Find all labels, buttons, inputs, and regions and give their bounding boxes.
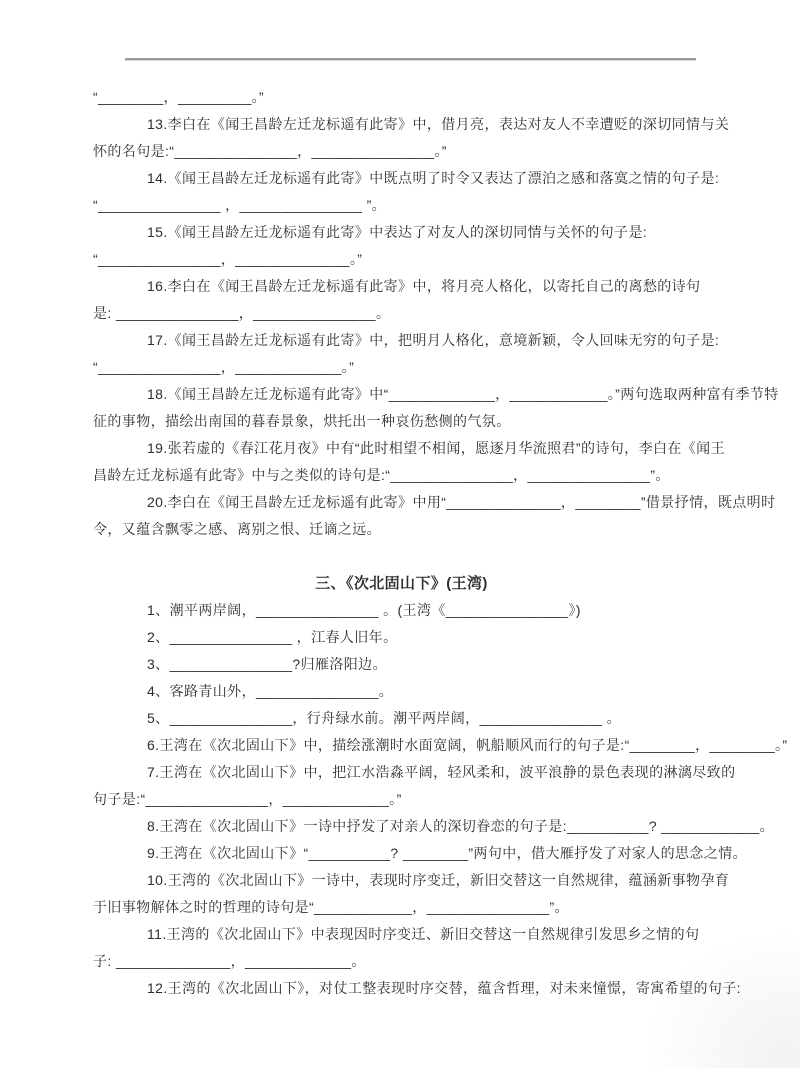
answer-blanks-continued: “________，_________。” bbox=[93, 84, 710, 111]
question-13-line1: 13.李白在《闻王昌龄左迁龙标遥有此寄》中，借月亮，表达对友人不幸遭贬的深切同情… bbox=[93, 111, 710, 138]
question-11-line1: 11.王湾的《次北固山下》中表现因时序变迁、新旧交替这一自然规律引发思乡之情的句 bbox=[93, 921, 710, 948]
item-4: 4、客路青山外，_______________。 bbox=[93, 678, 710, 705]
section-3-title: 三、《次北固山下》(王湾) bbox=[93, 570, 710, 597]
question-8: 8.王湾在《次北固山下》一诗中抒发了对亲人的深切眷恋的句子是:_________… bbox=[93, 813, 710, 840]
question-7-line2: 句子是:“_______________，_____________。” bbox=[93, 786, 710, 813]
item-5: 5、_______________，行舟绿水前。潮平两岸阔，__________… bbox=[93, 705, 710, 732]
question-11-line2: 子: ______________，_____________。 bbox=[93, 948, 710, 975]
question-19-line1: 19.张若虚的《春江花月夜》中有“此时相望不相闻，愿逐月华流照君”的诗句，李白在… bbox=[93, 435, 710, 462]
question-18-line1: 18.《闻王昌龄左迁龙标遥有此寄》中“_____________，_______… bbox=[93, 381, 710, 408]
question-15-line1: 15.《闻王昌龄左迁龙标遥有此寄》中表达了对友人的深切同情与关怀的句子是: bbox=[93, 219, 710, 246]
question-17-line1: 17.《闻王昌龄左迁龙标遥有此寄》中，把明月人格化，意境新颖，令人回味无穷的句子… bbox=[93, 327, 710, 354]
item-2: 2、_______________ ，江春人旧年。 bbox=[93, 624, 710, 651]
question-7-line1: 7.王湾在《次北固山下》中，把江水浩淼平阔，轻风柔和，波平浪静的景色表现的淋漓尽… bbox=[93, 759, 710, 786]
question-17-line2: “_______________，_____________。” bbox=[93, 354, 710, 381]
question-10-line2: 于旧事物解体之时的哲理的诗句是“____________，___________… bbox=[93, 894, 710, 921]
question-19-line2: 昌龄左迁龙标遥有此寄》中与之类似的诗句是:“_______________，__… bbox=[93, 462, 710, 489]
question-20-line1: 20.李白在《闻王昌龄左迁龙标遥有此寄》中用“______________，__… bbox=[93, 489, 710, 516]
question-16-line2: 是: _______________，_______________。 bbox=[93, 300, 710, 327]
question-14-line1: 14.《闻王昌龄左迁龙标遥有此寄》中既点明了时令又表达了漂泊之感和落寞之情的句子… bbox=[93, 165, 710, 192]
question-9: 9.王湾在《次北固山下》“__________? ________”两句中，借大… bbox=[93, 840, 710, 867]
question-10-line1: 10.王湾的《次北固山下》一诗中，表现时序变迁，新旧交替这一自然规律，蕴涵新事物… bbox=[93, 867, 710, 894]
question-12: 12.王湾的《次北固山下》，对仗工整表现时序交替，蕴含哲理，对未来憧憬，寄寓希望… bbox=[93, 975, 710, 1002]
question-15-line2: “_______________，______________。” bbox=[93, 246, 710, 273]
blank-line bbox=[93, 543, 710, 570]
worksheet-page: “________，_________。” 13.李白在《闻王昌龄左迁龙标遥有此… bbox=[0, 0, 800, 1068]
header-divider bbox=[125, 58, 696, 61]
question-16-line1: 16.李白在《闻王昌龄左迁龙标遥有此寄》中，将月亮人格化，以寄托自己的离愁的诗句 bbox=[93, 273, 710, 300]
item-3: 3、_______________?归雁洛阳边。 bbox=[93, 651, 710, 678]
item-1: 1、潮平两岸阔，_______________ 。(王湾《___________… bbox=[93, 597, 710, 624]
question-13-line2: 怀的名句是:“_______________，_______________。” bbox=[93, 138, 710, 165]
question-14-line2: “_______________ ，_______________ ”。 bbox=[93, 192, 710, 219]
question-18-line2: 征的事物，描绘出南国的暮春景象，烘托出一种哀伤愁侧的气氛。 bbox=[93, 408, 710, 435]
worksheet-content: “________，_________。” 13.李白在《闻王昌龄左迁龙标遥有此… bbox=[93, 0, 710, 1002]
question-20-line2: 令，又蕴含飘零之感、离别之恨、迁谪之远。 bbox=[93, 516, 710, 543]
question-6: 6.王湾在《次北固山下》中，描绘涨潮时水面宽阔，帆船顺风而行的句子是:“____… bbox=[93, 732, 710, 759]
